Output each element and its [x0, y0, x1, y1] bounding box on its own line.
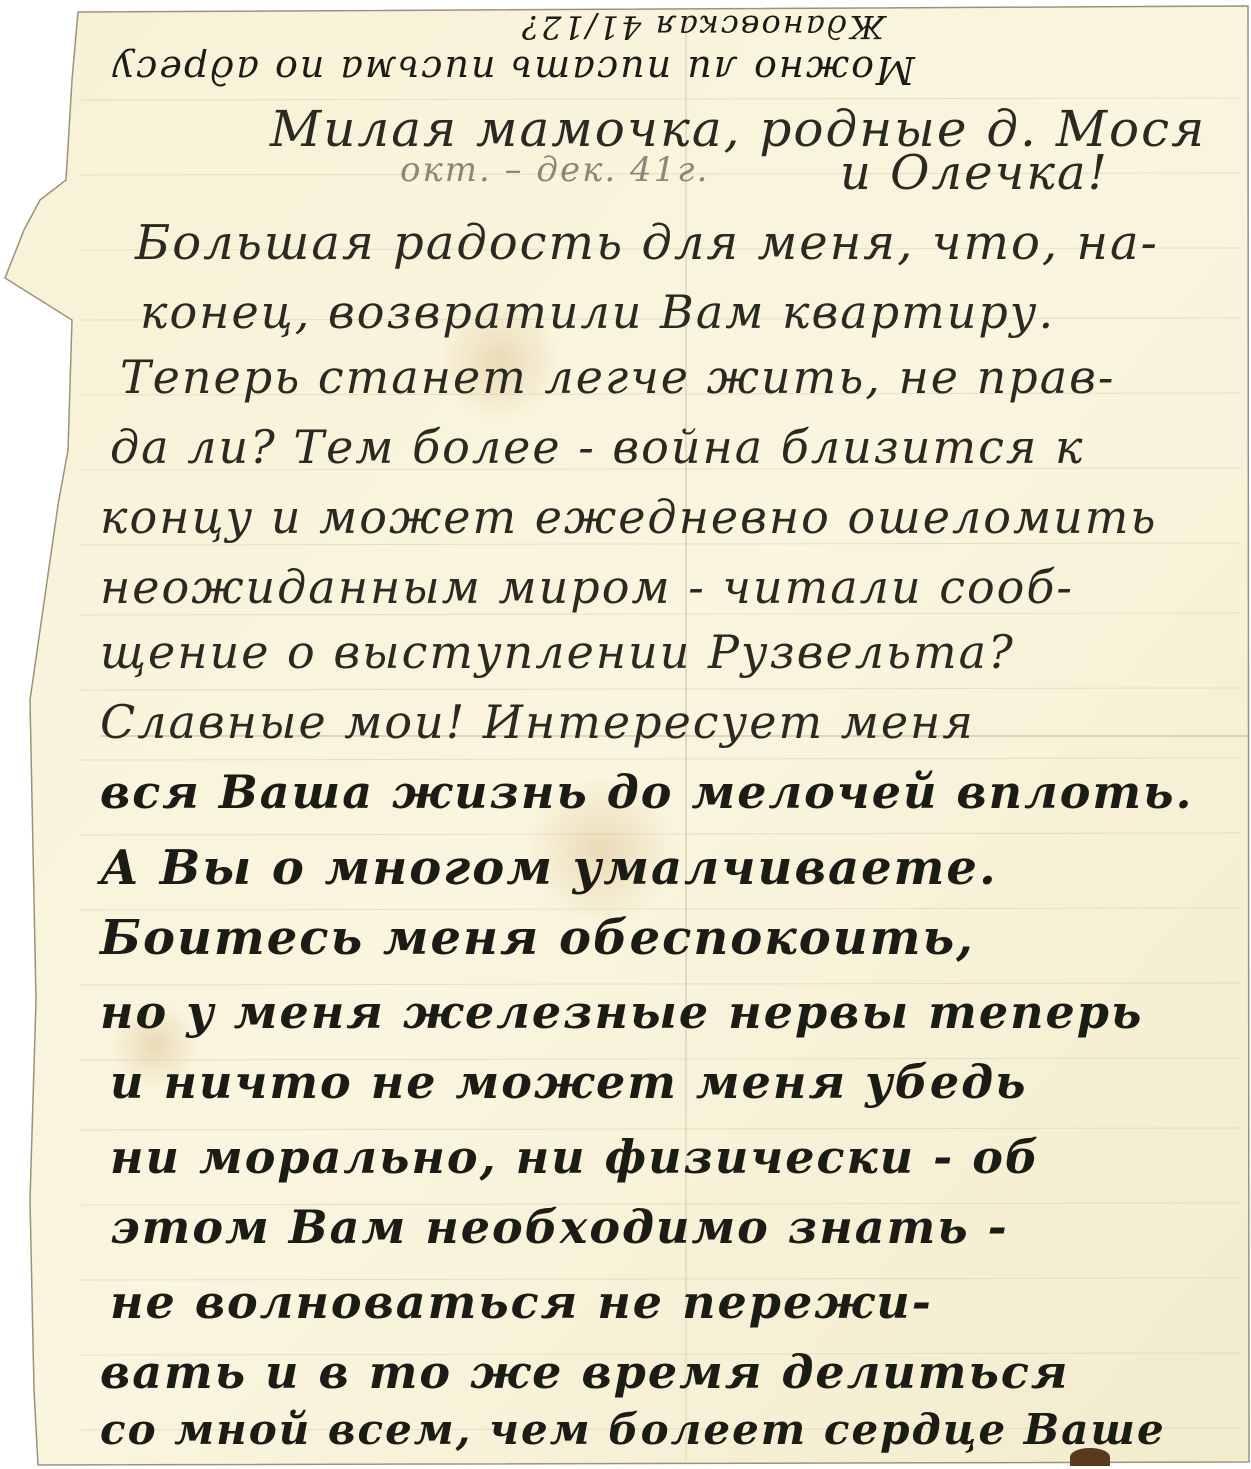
body-line: Теперь станет легче жить, не прав- [120, 350, 1115, 404]
letter-sheet: Ждановская 41/12? Можно ли писать письма… [0, 0, 1251, 1469]
body-line: вся Ваша жизнь до мелочей вплоть. [100, 765, 1193, 819]
body-line: но у меня железные нервы теперь [100, 985, 1143, 1039]
upside-down-note-line-2: Ждановская 41/12? [520, 8, 885, 46]
body-line: вать и в то же время делиться [100, 1345, 1069, 1399]
body-line: Боитесь меня обеспокоить, [100, 910, 975, 966]
body-line: щение о выступлении Рузвельта? [100, 625, 1015, 679]
body-line: конец, возвратили Вам квартиру. [140, 285, 1055, 339]
body-line: А Вы о многом умалчиваете. [100, 840, 998, 896]
body-line: Славные мои! Интересует меня [100, 695, 975, 749]
body-line: не волноваться не пережи- [110, 1275, 933, 1329]
body-line: ни морально, ни физически - об [110, 1130, 1040, 1184]
body-line-signoff: со мной всем, чем болеет сердце Ваше [100, 1405, 1166, 1454]
upside-down-note-line-1: Можно ли писать письма по адресу [110, 48, 915, 92]
greeting-line-2: и Олечка! [840, 145, 1109, 201]
body-line: да ли? Тем более - война близится к [110, 420, 1084, 474]
body-line: этом Вам необходимо знать - [110, 1200, 1009, 1254]
pencil-date-annotation: окт. – дек. 41г. [400, 150, 709, 190]
body-line: неожиданным миром - читали сооб- [100, 560, 1074, 614]
body-line: Большая радость для меня, что, на- [135, 215, 1159, 271]
body-line: и ничто не может меня убедь [110, 1055, 1027, 1109]
body-line: концу и может ежедневно ошеломить [100, 490, 1157, 544]
